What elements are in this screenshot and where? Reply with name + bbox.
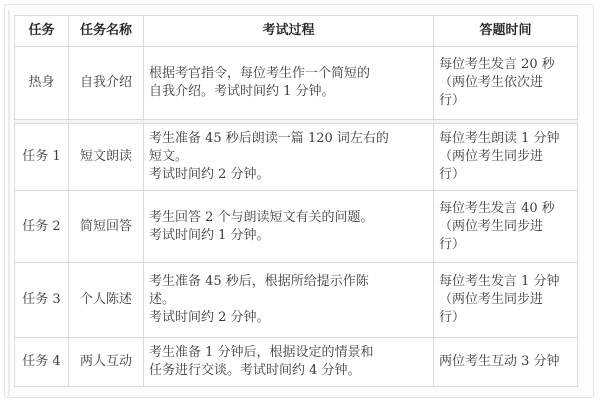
cell-name: 个人陈述	[69, 263, 144, 338]
header-task-name: 任务名称	[69, 16, 144, 47]
process-line: 根据考官指令，每位考生作一个简短的	[149, 65, 428, 83]
time-line: 每位考生发言 1 分钟	[439, 273, 572, 291]
header-process: 考试过程	[144, 16, 434, 47]
time-line: （两位考生同步进	[439, 218, 572, 236]
cell-time: 两位考生互动 3 分钟	[434, 338, 578, 387]
cell-time: 每位考生朗读 1 分钟 （两位考生同步进 行）	[434, 124, 578, 191]
process-line: 考试时间约 2 分钟。	[149, 166, 428, 184]
cell-time: 每位考生发言 1 分钟 （两位考生同步进 行）	[434, 263, 578, 338]
exam-task-table: 任务 任务名称 考试过程 答题时间 热身 自我介绍 根据考官指令，每位考生作一个…	[14, 15, 578, 387]
table-row: 任务 3 个人陈述 考生准备 45 秒后，根据所给提示作陈 述。 考试时间约 2…	[15, 263, 578, 338]
cell-time: 每位考生发言 40 秒 （两位考生同步进 行）	[434, 191, 578, 263]
cell-process: 考生准备 45 秒后，根据所给提示作陈 述。 考试时间约 2 分钟。	[144, 263, 434, 338]
cell-task: 热身	[15, 47, 69, 120]
process-line: 考生准备 45 秒后，根据所给提示作陈	[149, 273, 428, 291]
process-line: 考生回答 2 个与朗读短文有关的问题。	[149, 209, 428, 227]
time-line: 每位考生朗读 1 分钟	[439, 130, 572, 148]
header-time: 答题时间	[434, 16, 578, 47]
time-line: 每位考生发言 20 秒	[439, 56, 572, 74]
time-line: 每位考生发言 40 秒	[439, 200, 572, 218]
cell-task: 任务 3	[15, 263, 69, 338]
table-row: 热身 自我介绍 根据考官指令，每位考生作一个简短的 自我介绍。考试时间约 1 分…	[15, 47, 578, 120]
cell-process: 考生准备 1 分钟后，根据设定的情景和 任务进行交谈。考试时间约 4 分钟。	[144, 338, 434, 387]
time-line: （两位考生同步进	[439, 148, 572, 166]
table-row: 任务 4 两人互动 考生准备 1 分钟后，根据设定的情景和 任务进行交谈。考试时…	[15, 338, 578, 387]
process-line: 考试时间约 1 分钟。	[149, 227, 428, 245]
cell-time: 每位考生发言 20 秒 （两位考生依次进 行）	[434, 47, 578, 120]
cell-name: 两人互动	[69, 338, 144, 387]
process-line: 自我介绍。考试时间约 1 分钟。	[149, 83, 428, 101]
cell-task: 任务 2	[15, 191, 69, 263]
process-line: 考生准备 45 秒后朗读一篇 120 词左右的	[149, 130, 428, 148]
time-line: 行）	[439, 236, 572, 254]
header-row: 任务 任务名称 考试过程 答题时间	[15, 16, 578, 47]
cell-process: 考生准备 45 秒后朗读一篇 120 词左右的 短文。 考试时间约 2 分钟。	[144, 124, 434, 191]
table-row: 任务 1 短文朗读 考生准备 45 秒后朗读一篇 120 词左右的 短文。 考试…	[15, 124, 578, 191]
cell-task: 任务 1	[15, 124, 69, 191]
process-line: 短文。	[149, 148, 428, 166]
time-line: 行）	[439, 92, 572, 110]
time-line: （两位考生同步进	[439, 291, 572, 309]
table-row: 任务 2 简短回答 考生回答 2 个与朗读短文有关的问题。 考试时间约 1 分钟…	[15, 191, 578, 263]
header-task: 任务	[15, 16, 69, 47]
cell-name: 自我介绍	[69, 47, 144, 120]
time-line: 两位考生互动 3 分钟	[439, 353, 572, 371]
time-line: （两位考生依次进	[439, 74, 572, 92]
time-line: 行）	[439, 309, 572, 327]
process-line: 考试时间约 2 分钟。	[149, 309, 428, 327]
cell-task: 任务 4	[15, 338, 69, 387]
time-line: 行）	[439, 166, 572, 184]
process-line: 考生准备 1 分钟后，根据设定的情景和	[149, 344, 428, 362]
cell-process: 考生回答 2 个与朗读短文有关的问题。 考试时间约 1 分钟。	[144, 191, 434, 263]
process-line: 任务进行交谈。考试时间约 4 分钟。	[149, 362, 428, 380]
cell-process: 根据考官指令，每位考生作一个简短的 自我介绍。考试时间约 1 分钟。	[144, 47, 434, 120]
cell-name: 短文朗读	[69, 124, 144, 191]
cell-name: 简短回答	[69, 191, 144, 263]
process-line: 述。	[149, 291, 428, 309]
